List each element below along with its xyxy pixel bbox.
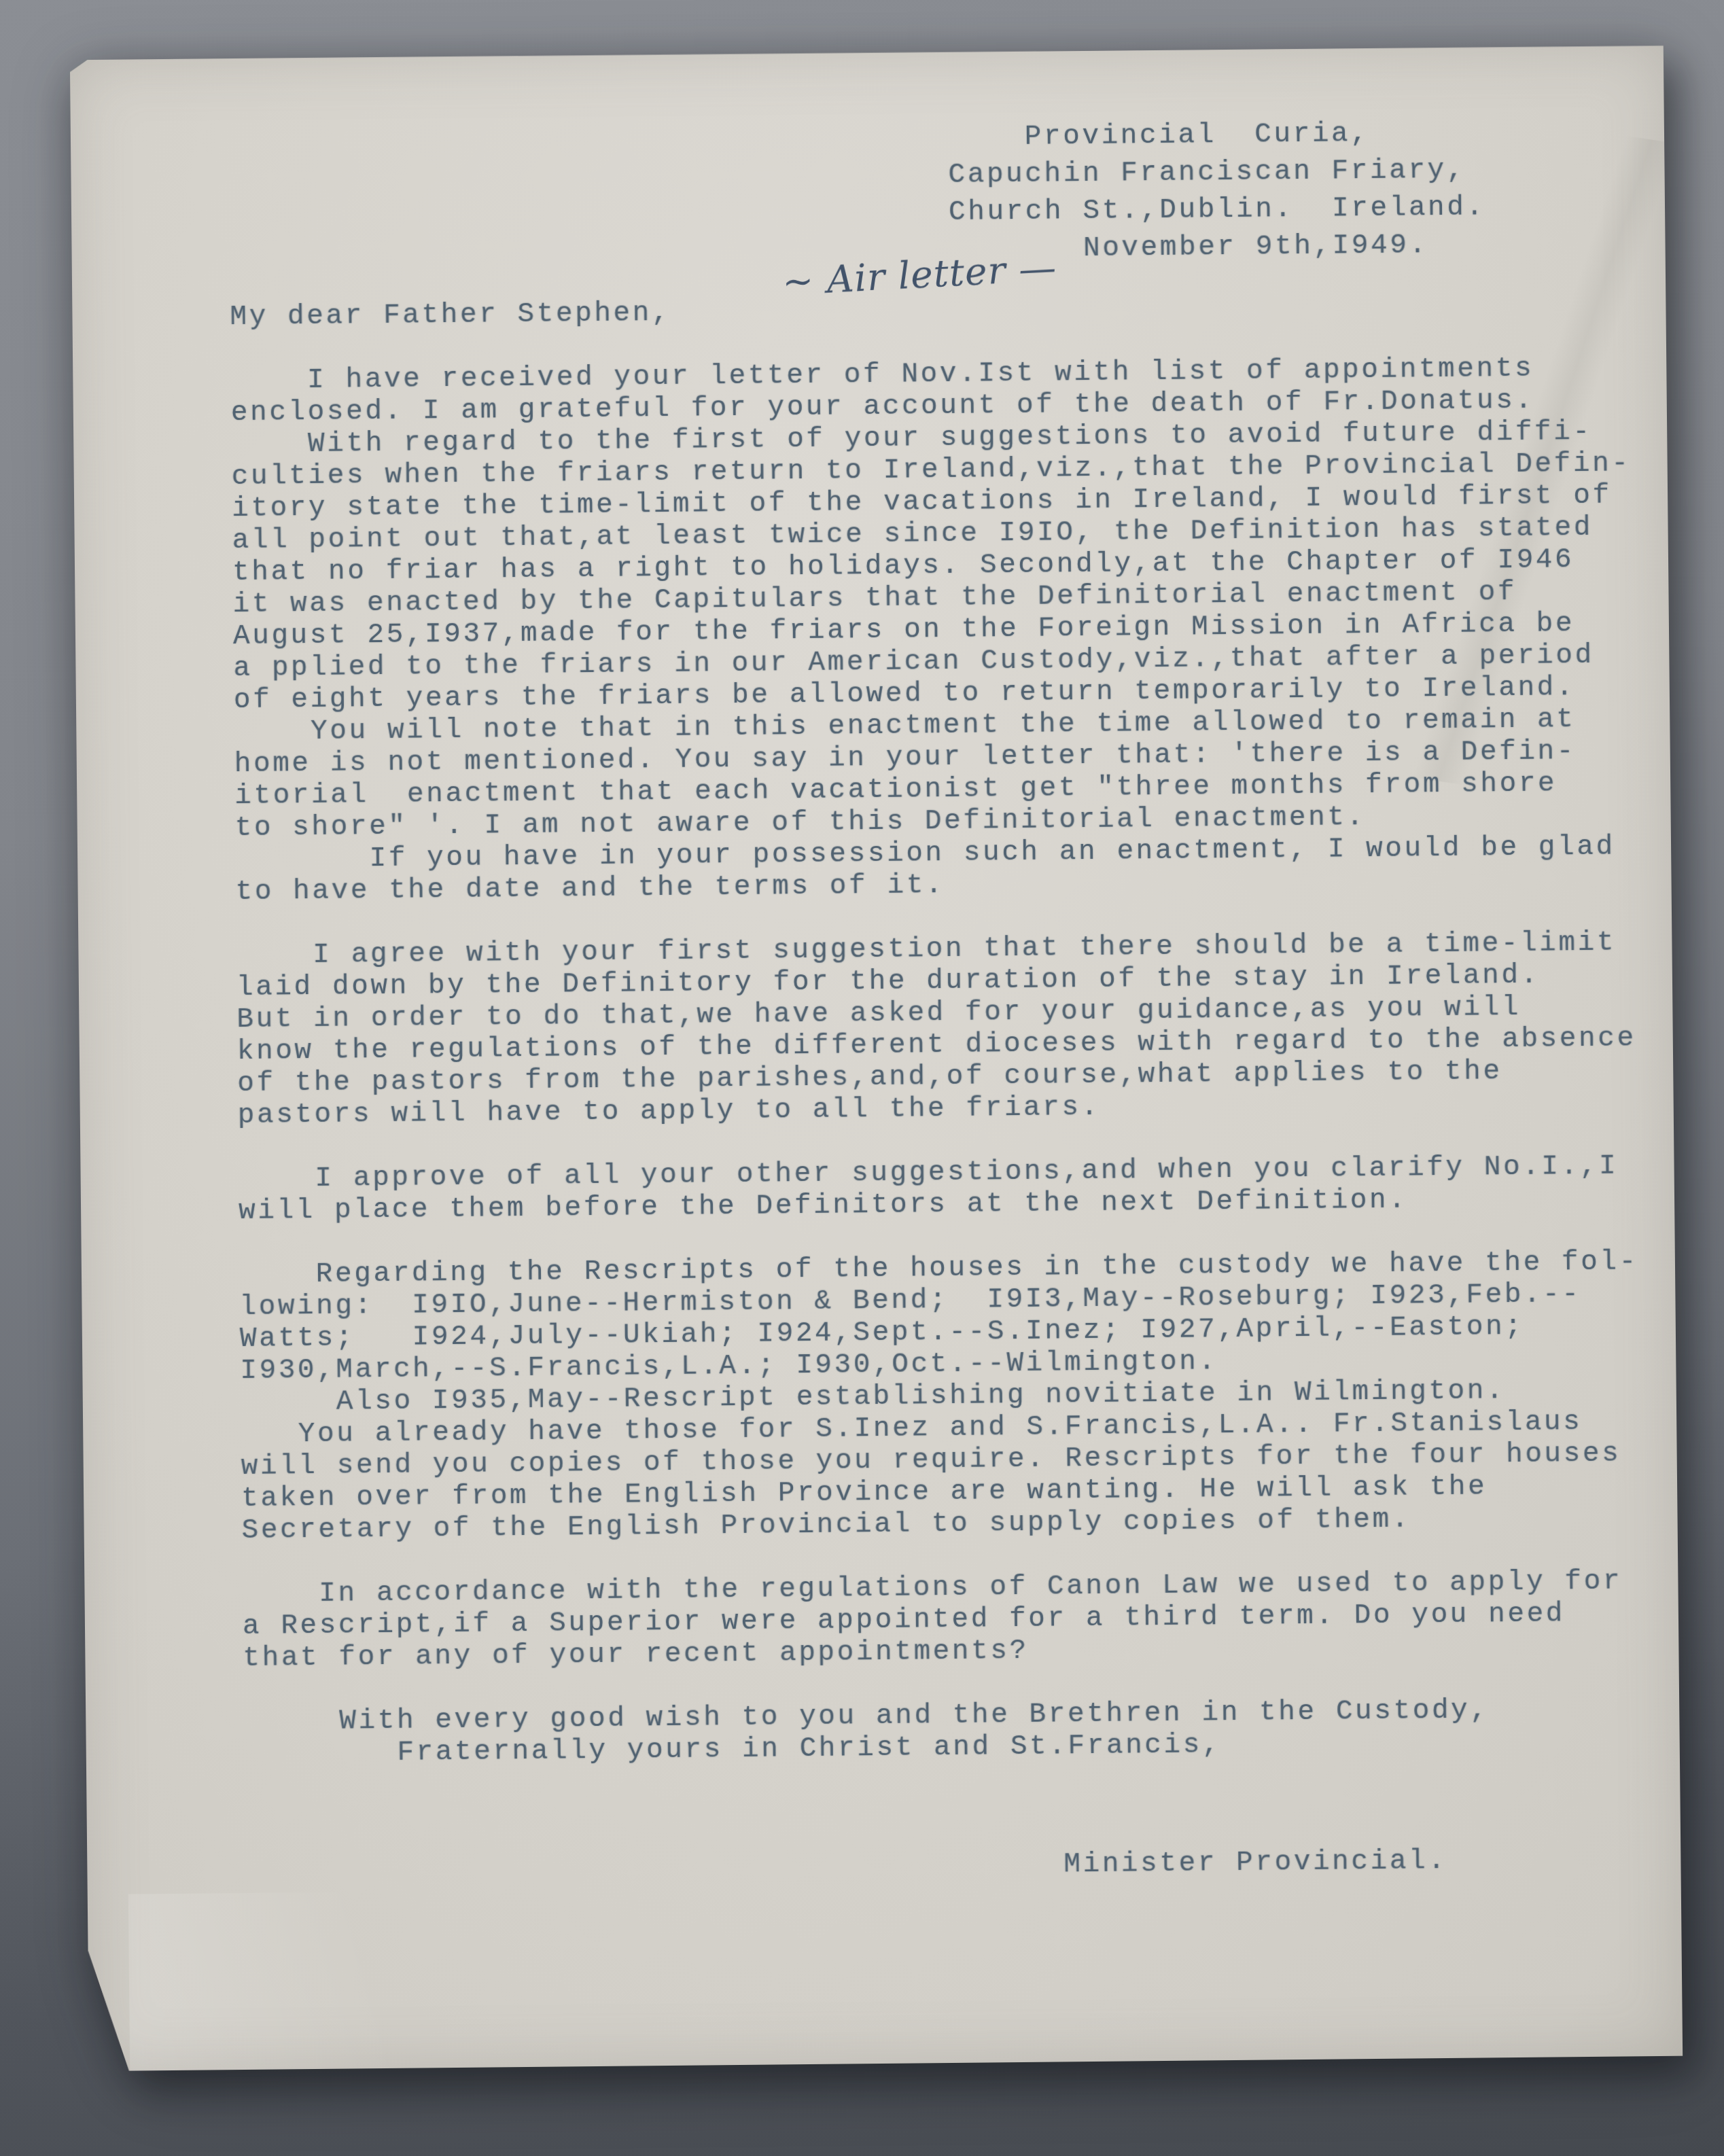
letter-body: I have received your letter of Nov.Ist w…	[230, 352, 1643, 1771]
photo-background: Provincial Curia, Capuchin Franciscan Fr…	[0, 0, 1724, 2156]
salutation: My dear Father Stephen,	[230, 298, 671, 334]
paper-corner-highlight	[128, 1890, 538, 2071]
letter-paper-wrapper: Provincial Curia, Capuchin Franciscan Fr…	[70, 45, 1683, 2071]
handwritten-annotation: ~ Air letter —	[781, 246, 1058, 304]
signature: Minister Provincial.	[1063, 1845, 1447, 1881]
letterhead: Provincial Curia, Capuchin Franciscan Fr…	[948, 114, 1486, 269]
letter-paper: Provincial Curia, Capuchin Franciscan Fr…	[70, 45, 1683, 2071]
